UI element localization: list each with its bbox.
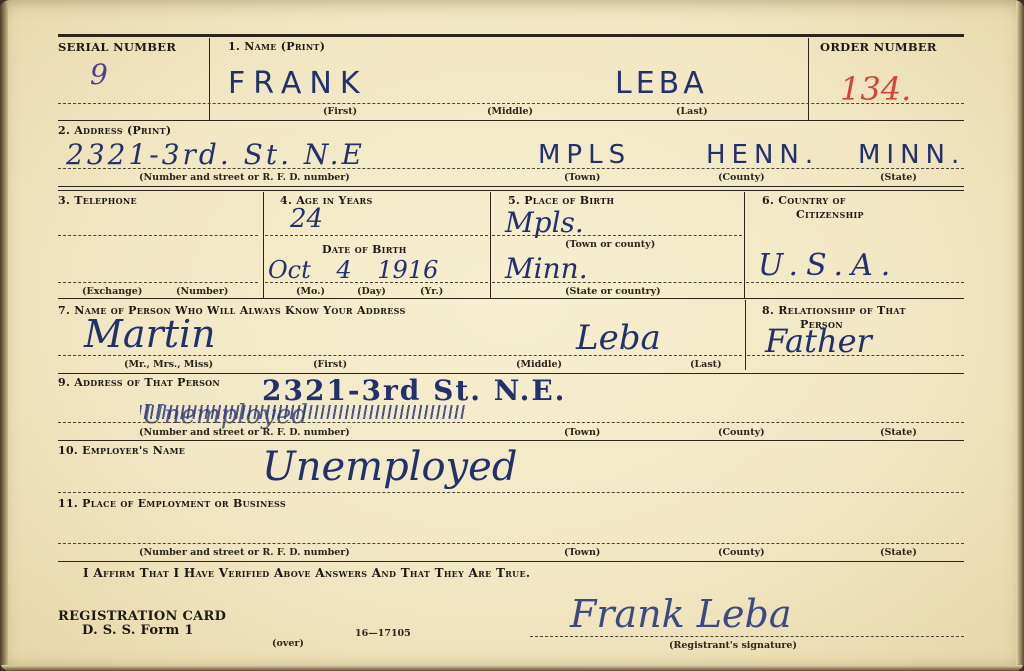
employment-place-label: 11. Place of Employment or Business — [58, 497, 286, 510]
address-street-value[interactable]: 2321-3rd. St. N.E — [66, 138, 365, 171]
address-entry-line — [58, 168, 964, 169]
date-of-birth-label: Date of Birth — [322, 243, 407, 256]
contact-address-label: 9. Address of That Person — [58, 376, 220, 389]
contact-last-name-value[interactable]: Leba — [576, 318, 661, 358]
divider — [808, 38, 809, 120]
card-edge-right — [1016, 0, 1024, 671]
dob-line — [265, 282, 488, 283]
first-sublabel: (First) — [313, 359, 347, 370]
divider — [490, 192, 491, 298]
name-label: 1. Name (Print) — [228, 40, 325, 53]
signature-sublabel: (Registrant's signature) — [669, 640, 797, 651]
name-entry-line — [58, 103, 964, 104]
row-rule — [58, 120, 964, 121]
town-or-county-sublabel: (Town or county) — [565, 239, 655, 250]
address-town-value[interactable]: MPLS — [538, 140, 631, 170]
age-value[interactable]: 24 — [290, 204, 323, 234]
year-sublabel: (Yr.) — [420, 286, 443, 297]
employment-place-line — [58, 543, 964, 544]
address-county-value[interactable]: HENN. — [706, 140, 819, 170]
employer-name-label: 10. Employer's Name — [58, 444, 185, 457]
citizenship-label-2: Citizenship — [796, 208, 864, 221]
form-id: D. S. S. Form 1 — [82, 623, 194, 638]
birth-state-value[interactable]: Minn. — [505, 252, 588, 285]
card-edge-left — [0, 0, 8, 671]
last-name-value[interactable]: LEBA — [615, 66, 708, 101]
signature-line — [530, 636, 964, 637]
last-sublabel: (Last) — [690, 359, 722, 370]
address-state-value[interactable]: MINN. — [858, 140, 965, 170]
age-line — [265, 235, 488, 236]
citizenship-value[interactable]: U.S.A. — [758, 248, 898, 283]
citizenship-line — [746, 282, 964, 283]
telephone-line — [58, 282, 258, 283]
citizenship-label-1: 6. Country of — [762, 194, 846, 207]
top-rule — [58, 34, 964, 37]
last-sublabel: (Last) — [676, 106, 708, 117]
title-sublabel: (Mr., Mrs., Miss) — [124, 359, 213, 370]
card-edge-bottom — [0, 665, 1024, 671]
contact-address-line — [58, 422, 964, 423]
employer-name-value[interactable]: Unemployed — [262, 444, 517, 490]
row-rule — [58, 186, 964, 191]
contact-line — [58, 355, 742, 356]
registrant-signature[interactable]: Frank Leba — [570, 592, 791, 636]
state-sublabel: (State) — [880, 547, 917, 558]
county-sublabel: (County) — [718, 427, 765, 438]
row-rule — [58, 298, 964, 299]
serial-number-value[interactable]: 9 — [90, 58, 108, 91]
affirmation-text: I Affirm That I Have Verified Above Answ… — [83, 566, 530, 580]
birth-town-line — [492, 235, 742, 236]
employer-line — [58, 492, 964, 493]
middle-sublabel: (Middle) — [516, 359, 562, 370]
first-name-value[interactable]: FRANK — [228, 66, 368, 101]
date-of-birth-value[interactable]: Oct 4 1916 — [268, 256, 438, 284]
print-code: 16—17105 — [355, 628, 411, 639]
street-sublabel: (Number and street or R. F. D. number) — [139, 427, 350, 438]
divider — [263, 192, 264, 298]
divider — [744, 192, 745, 298]
registration-card: SERIAL NUMBER 9 1. Name (Print) FRANK LE… — [0, 0, 1024, 671]
day-sublabel: (Day) — [357, 286, 386, 297]
telephone-label: 3. Telephone — [58, 194, 137, 207]
divider — [209, 38, 210, 120]
row-rule — [58, 440, 964, 441]
over-note: (over) — [272, 638, 304, 649]
order-number-label: ORDER NUMBER — [820, 40, 937, 54]
serial-number-label: SERIAL NUMBER — [58, 40, 176, 54]
telephone-line — [58, 235, 258, 236]
number-sublabel: (Number) — [176, 286, 228, 297]
state-sublabel: (State) — [880, 172, 917, 183]
state-sublabel: (State) — [880, 427, 917, 438]
town-sublabel: (Town) — [564, 172, 600, 183]
row-rule — [58, 561, 964, 562]
first-sublabel: (First) — [323, 106, 357, 117]
town-sublabel: (Town) — [564, 427, 600, 438]
middle-sublabel: (Middle) — [487, 106, 533, 117]
contact-first-name-value[interactable]: Martin — [84, 312, 216, 356]
state-or-country-sublabel: (State or country) — [565, 286, 661, 297]
relationship-label-1: 8. Relationship of That — [762, 304, 906, 317]
county-sublabel: (County) — [718, 172, 765, 183]
street-sublabel: (Number and street or R. F. D. number) — [139, 547, 350, 558]
street-sublabel: (Number and street or R. F. D. number) — [139, 172, 350, 183]
strikeout-scribble — [140, 405, 465, 419]
town-sublabel: (Town) — [564, 547, 600, 558]
exchange-sublabel: (Exchange) — [82, 286, 142, 297]
county-sublabel: (County) — [718, 547, 765, 558]
month-sublabel: (Mo.) — [296, 286, 325, 297]
registration-card-title: REGISTRATION CARD — [58, 609, 226, 624]
divider — [745, 300, 746, 370]
relationship-line — [747, 355, 964, 356]
address-label: 2. Address (Print) — [58, 124, 171, 137]
birth-state-line — [492, 282, 742, 283]
